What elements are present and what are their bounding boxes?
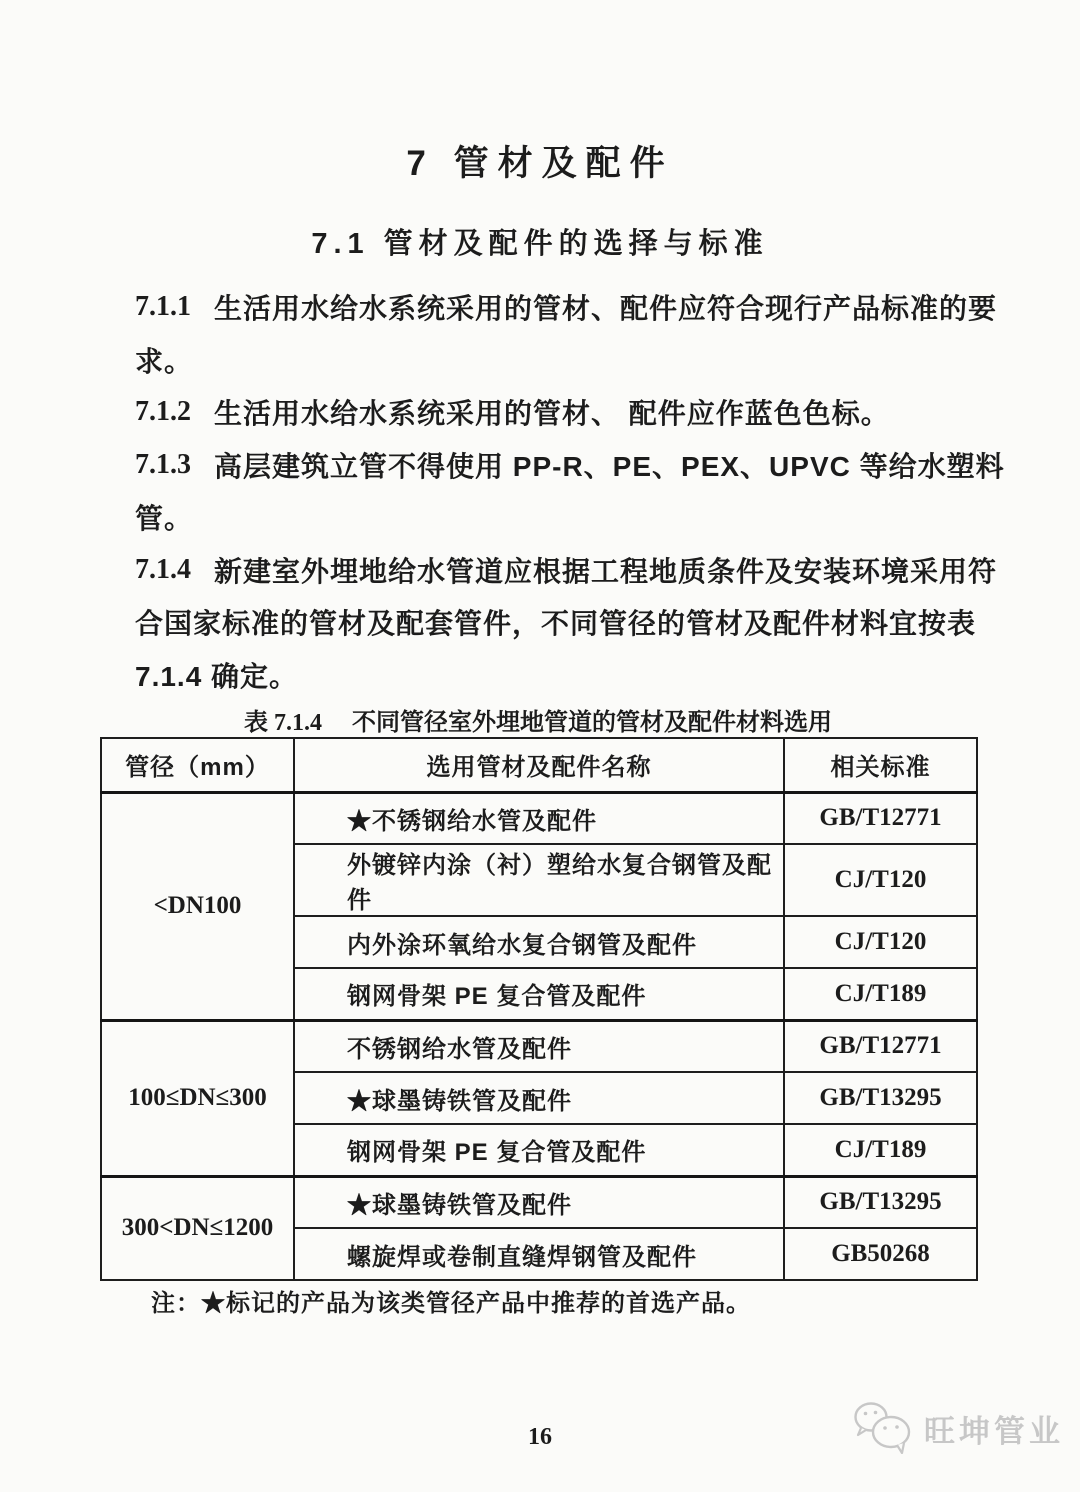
- paragraph-line: 7.1.4 确定。: [135, 649, 970, 702]
- material-name-cell: ★球墨铸铁管及配件: [294, 1072, 784, 1124]
- standard-cell: GB/T12771: [784, 792, 977, 844]
- diameter-cell: 300<DN≤1200: [101, 1176, 294, 1280]
- material-name-cell: 内外涂环氧给水复合钢管及配件: [294, 916, 784, 968]
- clause-text: 高层建筑立管不得使用 PP-R、PE、PEX、UPVC 等给水塑料: [214, 445, 1005, 485]
- material-name-cell: 钢网骨架 PE 复合管及配件: [294, 1124, 784, 1176]
- standard-cell: GB50268: [784, 1228, 977, 1280]
- paragraph-line: 管。: [135, 491, 970, 544]
- table-row: <DN100★不锈钢给水管及配件GB/T12771: [101, 792, 977, 844]
- standard-cell: CJ/T120: [784, 844, 977, 916]
- paragraph-line: 7.1.1生活用水给水系统采用的管材、配件应符合现行产品标准的要: [135, 281, 970, 334]
- standard-cell: CJ/T120: [784, 916, 977, 968]
- standard-cell: CJ/T189: [784, 1124, 977, 1176]
- wechat-bubbles-icon: [850, 1398, 916, 1459]
- table-header-row: 管径（mm）选用管材及配件名称相关标准: [101, 738, 977, 792]
- paragraph-line: 合国家标准的管材及配套管件，不同管径的管材及配件材料宜按表: [135, 596, 970, 649]
- column-header: 相关标准: [784, 738, 977, 792]
- diameter-cell: 100≤DN≤300: [101, 1020, 294, 1176]
- table-caption-label: 表 7.1.4: [244, 710, 322, 736]
- standard-cell: CJ/T189: [784, 968, 977, 1020]
- clause-text: 合国家标准的管材及配套管件，不同管径的管材及配件材料宜按表: [135, 602, 976, 642]
- page-title: 7 管材及配件: [0, 136, 1080, 186]
- diameter-cell: <DN100: [101, 792, 294, 1020]
- clause-number: 7.1.2: [135, 396, 191, 428]
- column-header: 选用管材及配件名称: [294, 738, 784, 792]
- clause-number: 7.1.3: [135, 449, 191, 481]
- standard-cell: GB/T13295: [784, 1176, 977, 1228]
- clause-text: 新建室外埋地给水管道应根据工程地质条件及安装环境采用符: [214, 550, 997, 590]
- paragraph-line: 7.1.3高层建筑立管不得使用 PP-R、PE、PEX、UPVC 等给水塑料: [135, 439, 970, 492]
- paragraph-line: 求。: [135, 334, 970, 387]
- clause-text: 管。: [135, 497, 193, 537]
- clause-text: 7.1.4 确定。: [135, 655, 298, 695]
- document-page: { "page": { "title": "7 管材及配件", "section…: [0, 0, 1080, 1492]
- paragraph-line: 7.1.4新建室外埋地给水管道应根据工程地质条件及安装环境采用符: [135, 544, 970, 597]
- clause-text: 生活用水给水系统采用的管材、配件应符合现行产品标准的要: [214, 287, 997, 327]
- table-caption: 表 7.1.4不同管径室外埋地管道的管材及配件材料选用: [100, 702, 976, 737]
- table-row: 300<DN≤1200★球墨铸铁管及配件GB/T13295: [101, 1176, 977, 1228]
- clause-number: 7.1.1: [135, 291, 191, 323]
- brand-watermark: 旺坤管业: [850, 1398, 1064, 1459]
- section-heading: 7.1 管材及配件的选择与标准: [0, 221, 1080, 262]
- material-name-cell: 螺旋焊或卷制直缝焊钢管及配件: [294, 1228, 784, 1280]
- brand-name: 旺坤管业: [924, 1406, 1064, 1451]
- material-name-cell: 钢网骨架 PE 复合管及配件: [294, 968, 784, 1020]
- clause-text: 生活用水给水系统采用的管材、 配件应作蓝色色标。: [214, 392, 890, 432]
- column-header: 管径（mm）: [101, 738, 294, 792]
- clause-number: 7.1.4: [135, 554, 191, 586]
- material-name-cell: ★球墨铸铁管及配件: [294, 1176, 784, 1228]
- clause-text: 求。: [135, 340, 193, 380]
- material-name-cell: ★不锈钢给水管及配件: [294, 792, 784, 844]
- paragraph-line: 7.1.2生活用水给水系统采用的管材、 配件应作蓝色色标。: [135, 386, 970, 439]
- table-body: <DN100★不锈钢给水管及配件GB/T12771外镀锌内涂（衬）塑给水复合钢管…: [101, 792, 977, 1280]
- table-row: 100≤DN≤300不锈钢给水管及配件GB/T12771: [101, 1020, 977, 1072]
- table-caption-title: 不同管径室外埋地管道的管材及配件材料选用: [352, 709, 832, 736]
- table-note: 注：★标记的产品为该类管径产品中推荐的首选产品。: [151, 1283, 751, 1318]
- standard-cell: GB/T12771: [784, 1020, 977, 1072]
- paragraph-block: 7.1.1生活用水给水系统采用的管材、配件应符合现行产品标准的要求。7.1.2生…: [135, 281, 970, 701]
- standard-cell: GB/T13295: [784, 1072, 977, 1124]
- pipe-material-table: 管径（mm）选用管材及配件名称相关标准 <DN100★不锈钢给水管及配件GB/T…: [100, 737, 978, 1281]
- material-name-cell: 不锈钢给水管及配件: [294, 1020, 784, 1072]
- material-name-cell: 外镀锌内涂（衬）塑给水复合钢管及配件: [294, 844, 784, 916]
